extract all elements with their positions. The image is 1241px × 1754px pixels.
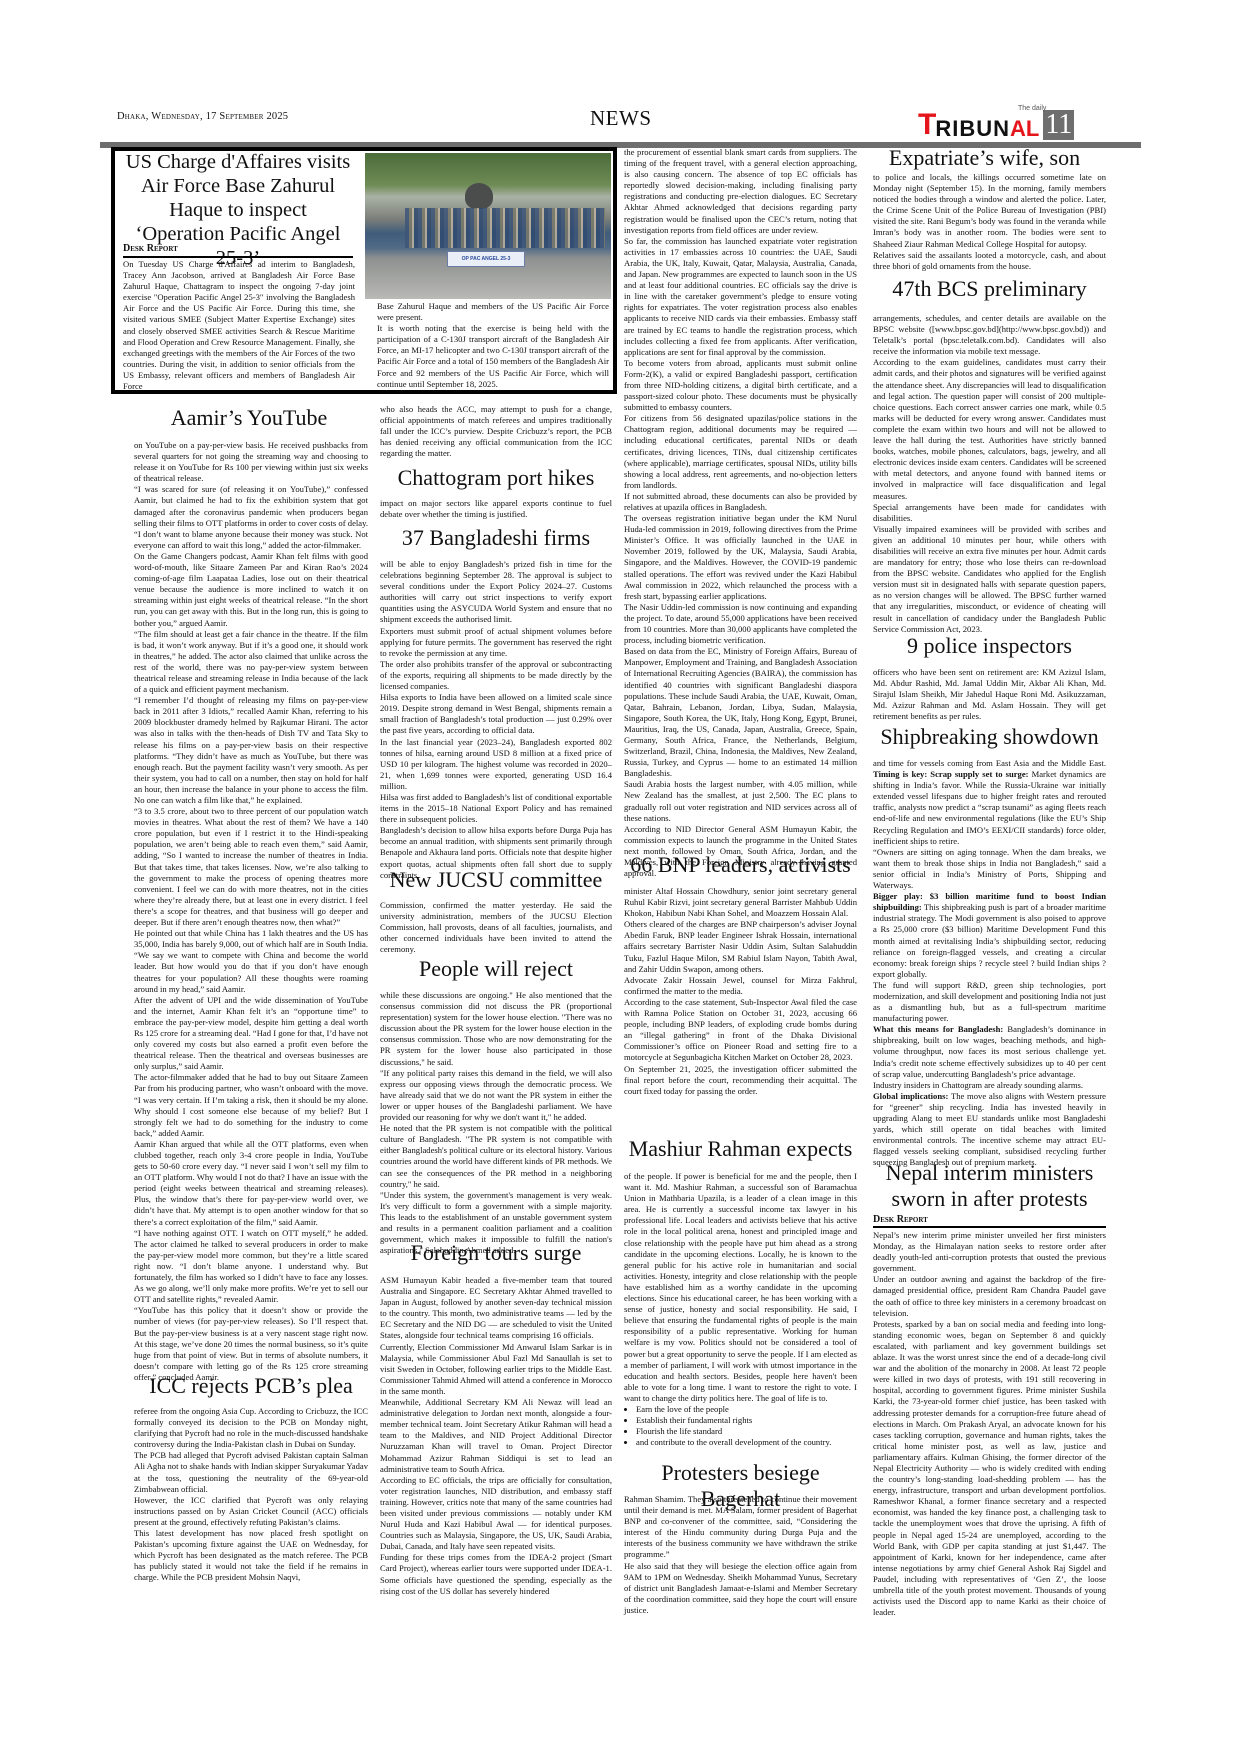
- mashiur-goals-list: Earn the love of the people Establish th…: [624, 1404, 857, 1448]
- list-item: Establish their fundamental rights: [636, 1415, 857, 1426]
- expat-headline: Expatriate’s wife, son: [868, 145, 1101, 171]
- dateline: Dhaka, Wednesday, 17 September 2025: [117, 111, 288, 122]
- tours-continuation: the procurement of essential blank smart…: [624, 147, 857, 879]
- list-item: Earn the love of the people: [636, 1404, 857, 1415]
- bnp-headline: 66 BNP leaders, activists: [624, 852, 857, 878]
- nepal-body: Nepal’s new interim prime minister unvei…: [873, 1230, 1106, 1618]
- icc-headline: ICC rejects PCB’s plea: [134, 1373, 368, 1399]
- police-body: officers who have been sent on retiremen…: [873, 667, 1106, 722]
- feature-body-right: Base Zahurul Haque and members of the US…: [377, 301, 609, 390]
- chattogram-body: impact on major sectors like apparel exp…: [380, 498, 612, 520]
- nepal-byline-rule: [873, 1226, 1106, 1228]
- feature-body-top: On Tuesday US Charge d'Affaires ad inter…: [123, 259, 355, 392]
- tours-body: ASM Humayun Kabir headed a five-member t…: [380, 1275, 612, 1597]
- nepal-byline: Desk Report: [873, 1214, 928, 1225]
- section-title: NEWS: [590, 106, 652, 131]
- feature-byline: Desk Report: [123, 243, 178, 254]
- logo-last: AL: [1010, 118, 1039, 140]
- nepal-headline: Nepal interim ministers sworn in after p…: [873, 1160, 1106, 1212]
- mashiur-headline: Mashiur Rahman expects: [624, 1136, 857, 1162]
- ship-body: and time for vessels coming from East As…: [873, 758, 1106, 1168]
- feature-photo: OP PAC ANGEL 25-3: [365, 153, 611, 299]
- bagerhat-body: Rahman Shamim. They also threatened to c…: [624, 1494, 857, 1616]
- logo-first-letter: T: [918, 110, 935, 140]
- jucsu-body: Commission, confirmed the matter yesterd…: [380, 900, 612, 955]
- police-headline: 9 police inspectors: [873, 633, 1106, 659]
- bcs-headline: 47th BCS preliminary: [873, 276, 1106, 302]
- icc-body: referee from the ongoing Asia Cup. Accor…: [134, 1406, 368, 1584]
- firms-body: will be able to enjoy Bangladesh’s prize…: [380, 559, 612, 881]
- list-item: and contribute to the overall developmen…: [636, 1437, 857, 1448]
- mashiur-body: of the people. If power is beneficial fo…: [624, 1171, 857, 1448]
- byline-rule: [123, 256, 353, 258]
- logo-tagline: The daily: [1018, 105, 1046, 112]
- bnp-body: minister Altaf Hossain Chowdhury, senior…: [624, 886, 857, 1097]
- helicopter-shape: [465, 183, 493, 209]
- icc-continuation: who also heads the ACC, may attempt to p…: [380, 404, 612, 459]
- list-item: Flourish the life standard: [636, 1426, 857, 1437]
- chattogram-headline: Chattogram port hikes: [380, 465, 612, 491]
- aamir-body: on YouTube on a pay-per-view basis. He r…: [134, 440, 368, 1383]
- expat-body: to police and locals, the killings occur…: [873, 172, 1106, 272]
- group-photo-crowd: [405, 208, 605, 248]
- logo-middle: RIBUN: [935, 118, 1010, 140]
- tours-headline: Foreign tours surge: [380, 1240, 612, 1266]
- reject-body: while these discussions are ongoing." He…: [380, 990, 612, 1256]
- photo-banner: OP PAC ANGEL 25-3: [447, 251, 525, 267]
- aamir-headline: Aamir’s YouTube: [134, 405, 364, 431]
- reject-headline: People will reject: [380, 956, 612, 982]
- newspaper-logo: The daily T RIBUN AL 11: [918, 106, 1074, 140]
- ship-headline: Shipbreaking showdown: [873, 724, 1106, 750]
- jucsu-headline: New JUCSU committee: [380, 867, 612, 893]
- page-number: 11: [1043, 110, 1074, 140]
- firms-headline: 37 Bangladeshi firms: [380, 525, 612, 551]
- bcs-body: arrangements, schedules, and center deta…: [873, 313, 1106, 635]
